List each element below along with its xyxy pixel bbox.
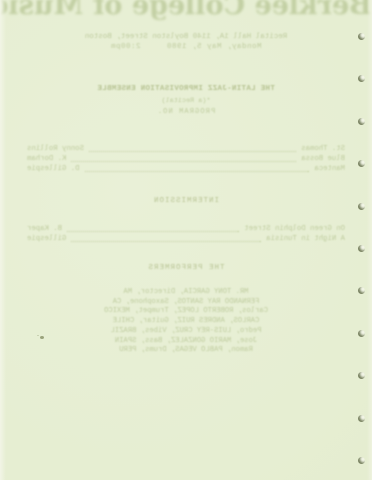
piece-credit: Gillespie	[27, 235, 66, 244]
piece-credit: D. Gillespie	[27, 165, 80, 174]
showthrough-layer: Berklee College of Music Recital Hall 1A…	[0, 0, 372, 480]
piece-title: Manteca	[314, 165, 345, 174]
dotted-leader	[71, 161, 296, 162]
punch-hole	[358, 203, 365, 210]
performers-heading: THE PERFORMERS	[0, 264, 372, 273]
date-line: Monday, May 5, 19802:00pm	[0, 43, 372, 52]
piece-credit: Sonny Rollins	[27, 145, 84, 154]
recital-subtitle: *(a Recital)	[0, 97, 372, 106]
piece-title: On Green Dolphin Street	[244, 225, 345, 234]
program-row: St. Thomas Sonny Rollins	[27, 144, 345, 154]
punch-hole	[358, 118, 365, 125]
program-row: Blue Bossa K. Dorham	[27, 154, 345, 164]
performer-line: CARLOS, ANDRES RUIZ, Guitar, CHILE	[0, 317, 372, 327]
address-line: Recital Hall 1A, 1140 Boylston Street, B…	[0, 33, 372, 42]
piece-credit: B. Kaper	[27, 225, 62, 234]
dotted-leader	[71, 241, 261, 242]
performer-line: Jose, MARIO GONZALEZ, Bass, SPAIN	[0, 337, 372, 347]
punch-hole	[358, 457, 365, 464]
dotted-leader	[85, 171, 310, 172]
piece-title: Blue Bossa	[301, 155, 345, 164]
dotted-leader	[67, 231, 239, 232]
piece-title: St. Thomas	[301, 145, 345, 154]
punch-hole	[358, 330, 365, 337]
time-text: 2:00pm	[110, 43, 140, 51]
punch-hole	[358, 415, 365, 422]
performer-line: FERNANDO RAY SANTOS, Saxophone, CA	[0, 298, 372, 308]
performers-list: MR. TONY GARCIA, Director, MA FERNANDO R…	[0, 288, 372, 356]
performer-line: Pedro, LUIS-REY CRUZ, Vibes, BRAZIL	[0, 327, 372, 337]
ensemble-title: THE LATIN-JAZZ IMPROVISATION ENSEMBLE	[0, 85, 372, 94]
intermission-heading: INTERMISSION	[0, 197, 372, 206]
piece-credit: K. Dorham	[27, 155, 66, 164]
program-row: On Green Dolphin Street B. Kaper	[27, 224, 345, 234]
performer-line: Ramon, PABLO VEGAS, Drums, PERU	[0, 346, 372, 356]
performer-line: MR. TONY GARCIA, Director, MA	[0, 288, 372, 298]
piece-title: A Night in Tunisia	[266, 235, 345, 244]
date-text: Monday, May 5, 1980	[167, 43, 262, 51]
punch-hole	[358, 33, 365, 40]
program-row: Manteca D. Gillespie	[27, 164, 345, 174]
punch-hole	[358, 245, 365, 252]
performer-line: Carlos, ROBERTO LOPEZ, Trumpet, MEXICO	[0, 307, 372, 317]
program-row: A Night in Tunisia Gillespie	[27, 234, 345, 244]
ink-speck	[40, 336, 44, 339]
scanned-page: Berklee College of Music Recital Hall 1A…	[0, 0, 372, 480]
dotted-leader	[89, 151, 296, 152]
masthead-title: Berklee College of Music	[0, 0, 372, 21]
program-label: PROGRAM NO.	[0, 108, 372, 117]
